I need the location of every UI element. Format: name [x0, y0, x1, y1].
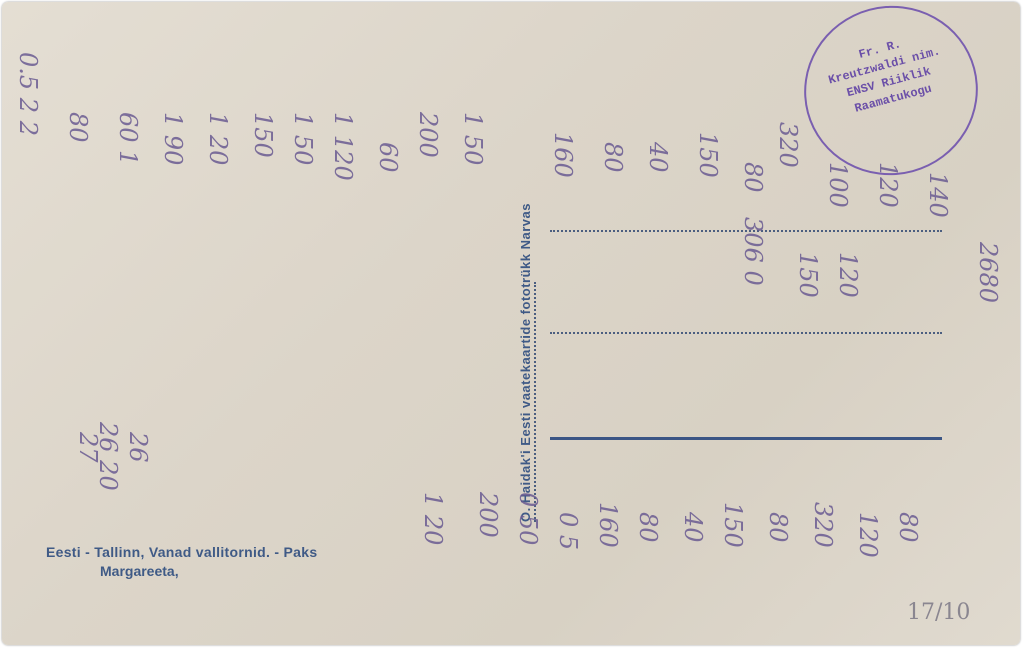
- handwritten-number: 306 0: [739, 217, 767, 286]
- publisher-imprint: O. Haidak'i Eesti vaatekaartide fototrük…: [518, 203, 533, 522]
- handwritten-number: 100: [824, 162, 852, 208]
- handwritten-number: 0.5 2 2: [14, 52, 42, 136]
- handwritten-number: 150: [719, 502, 747, 548]
- handwritten-number: 1 90: [159, 112, 187, 165]
- handwritten-number: 80: [739, 162, 767, 193]
- handwritten-number: 320: [809, 502, 837, 548]
- handwritten-number: 120: [834, 252, 862, 298]
- handwritten-number: 120: [874, 162, 902, 208]
- handwritten-number: 320: [774, 122, 802, 168]
- handwritten-number: 26: [124, 432, 152, 463]
- handwritten-number: 80: [764, 512, 792, 543]
- handwritten-number: 2680: [974, 242, 1002, 303]
- handwritten-number: 1 20: [204, 112, 232, 165]
- handwritten-number: 0 5: [554, 512, 582, 550]
- postcard-back: Eesti - Tallinn, Vanad vallitornid. - Pa…: [2, 2, 1020, 645]
- handwritten-number: 150: [694, 132, 722, 178]
- caption-line-1: Eesti - Tallinn, Vanad vallitornid. - Pa…: [46, 544, 317, 560]
- caption-line-2: Margareeta,: [100, 563, 179, 579]
- handwritten-number: 60 1: [114, 112, 142, 165]
- pencil-note: 17/10: [907, 600, 970, 625]
- handwritten-number: 27: [74, 432, 102, 463]
- handwritten-number: 120: [854, 512, 882, 558]
- divider-dotted: [534, 282, 536, 522]
- handwritten-number: 60: [374, 142, 402, 173]
- handwritten-number: 150: [794, 252, 822, 298]
- handwritten-number: 1 50: [289, 112, 317, 165]
- handwritten-number: 80: [634, 512, 662, 543]
- handwritten-number: 80: [599, 142, 627, 173]
- handwritten-number: 160: [549, 132, 577, 178]
- handwritten-number: 0 50: [514, 492, 542, 545]
- handwritten-number: 80: [894, 512, 922, 543]
- handwritten-number: 40: [644, 142, 672, 173]
- handwritten-number: 160: [594, 502, 622, 548]
- address-line-3: [550, 437, 942, 440]
- handwritten-number: 140: [924, 172, 952, 218]
- handwritten-number: 80: [64, 112, 92, 143]
- handwritten-number: 200: [414, 112, 442, 158]
- handwritten-number: 1 50: [459, 112, 487, 165]
- address-line-2: [550, 332, 942, 334]
- handwritten-number: 1 20: [419, 492, 447, 545]
- handwritten-number: 200: [474, 492, 502, 538]
- handwritten-number: 1 120: [329, 112, 357, 181]
- handwritten-number: 150: [249, 112, 277, 158]
- handwritten-number: 40: [679, 512, 707, 543]
